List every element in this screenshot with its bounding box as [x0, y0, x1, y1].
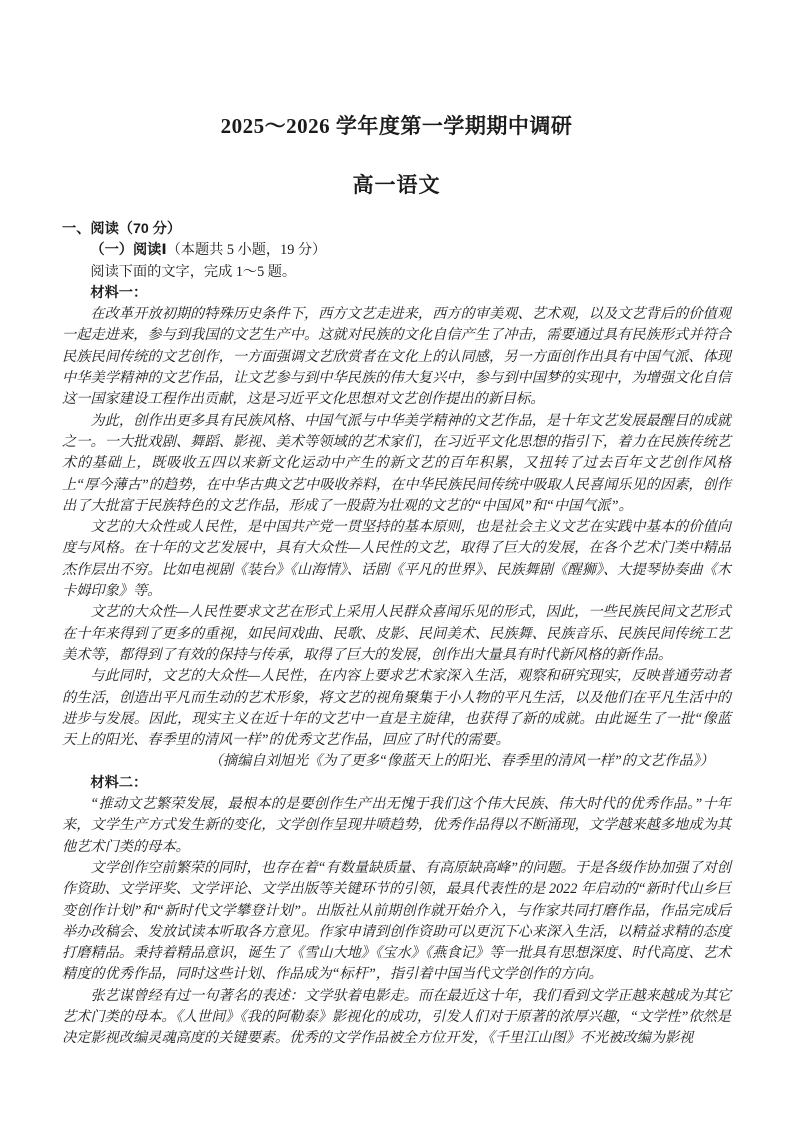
exam-body: 一、阅读（70 分） （一）阅读Ⅰ（本题共 5 小题，19 分） 阅读下面的文字…	[62, 219, 731, 1050]
material-2-paragraph-1: “推动文艺繁荣发展，最根本的是要创作生产出无愧于我们这个伟大民族、伟大时代的优秀…	[62, 794, 731, 858]
material-2-paragraph-3: 张艺谋曾经有过一句著名的表述：文学驮着电影走。而在最近这十年，我们看到文学正越来…	[62, 986, 731, 1050]
reading-instruction: 阅读下面的文字，完成 1～5 题。	[62, 262, 731, 283]
section-heading-reading: 一、阅读（70 分）	[62, 219, 731, 240]
subsection-heading-rest: （本题共 5 小题，19 分）	[167, 242, 327, 258]
material-2-label: 材料二：	[62, 773, 731, 794]
material-1-paragraph-1: 在改革开放初期的特殊历史条件下，西方文艺走进来，西方的审美观、艺术观，以及文艺背…	[62, 304, 731, 410]
exam-subject: 高一语文	[62, 172, 731, 199]
exam-paper-page: 2025～2026 学年度第一学期期中调研 高一语文 一、阅读（70 分） （一…	[0, 0, 793, 1122]
material-1-paragraph-3: 文艺的大众性或人民性，是中国共产党一贯坚持的基本原则，也是社会主义文艺在实践中基…	[62, 517, 731, 602]
subsection-heading-reading-1: （一）阅读Ⅰ（本题共 5 小题，19 分）	[62, 240, 731, 261]
material-1-paragraph-2: 为此，创作出更多具有民族风格、中国气派与中华美学精神的文艺作品，是十年文艺发展最…	[62, 411, 731, 517]
material-1-paragraph-5: 与此同时，文艺的大众性—人民性，在内容上要求艺术家深入生活，观察和研究现实，反映…	[62, 666, 731, 751]
subsection-heading-bold: （一）阅读Ⅰ	[90, 242, 166, 258]
material-1-attribution: （摘编自刘旭光《为了更多“像蓝天上的阳光、春季里的清风一样”的文艺作品》）	[62, 751, 731, 772]
exam-title: 2025～2026 学年度第一学期期中调研	[62, 113, 731, 140]
material-1-label: 材料一：	[62, 283, 731, 304]
material-2-paragraph-2: 文学创作空前繁荣的同时，也存在着“有数量缺质量、有高原缺高峰”的问题。于是各级作…	[62, 858, 731, 986]
material-1-paragraph-4: 文艺的大众性—人民性要求文艺在形式上采用人民群众喜闻乐见的形式，因此，一些民族民…	[62, 602, 731, 666]
